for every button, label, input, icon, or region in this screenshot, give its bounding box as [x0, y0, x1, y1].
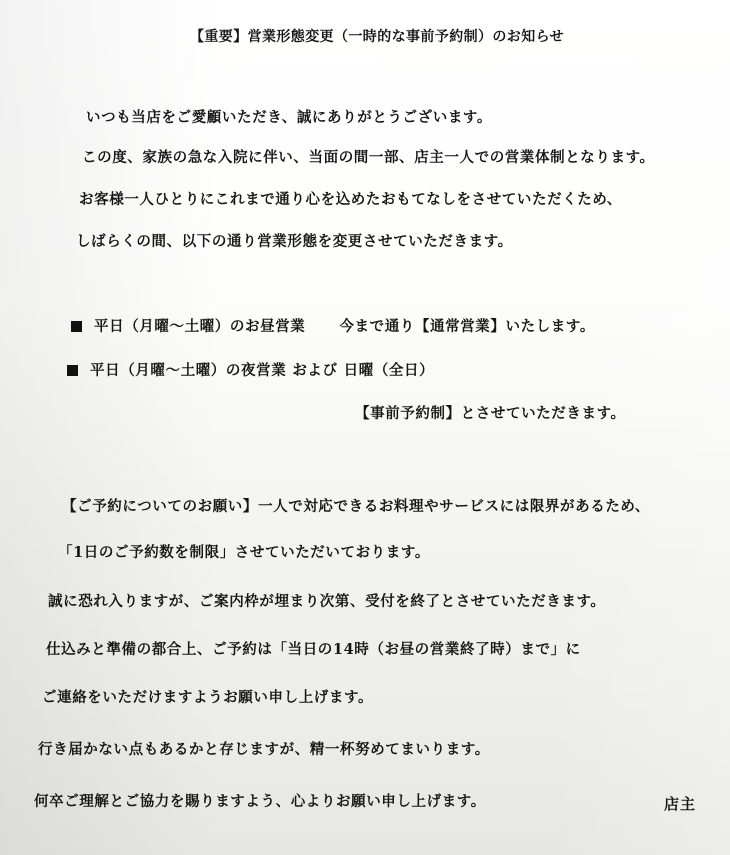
reservation-request-line-3: 誠に恐れ入りますが、ご案内枠が埋まり次第、受付を終了とさせていただきます。	[48, 592, 606, 612]
intro-line-4: しばらくの間、以下の通り営業形態を変更させていただきます。	[76, 232, 513, 252]
reservation-request-line-4: 仕込みと準備の都合上、ご予約は「当日の14時（お昼の営業終了時）まで」に	[46, 640, 581, 660]
reservation-request-heading: 【ご予約についてのお願い】	[62, 498, 258, 515]
reservation-request-line-2: 「1日のご予約数を制限」させていただいております。	[58, 543, 430, 563]
closing-line-1: 行き届かない点もあるかと存じますが、精一杯努めてまいります。	[38, 740, 490, 760]
notice-title: 【重要】営業形態変更（一時的な事前予約制）のお知らせ	[190, 27, 564, 47]
schedule-lunch-label: 平日（月曜〜土曜）のお昼営業	[94, 318, 305, 335]
closing-line-2: 何卒ご理解とご協力を賜りますよう、心よりお願い申し上げます。	[34, 792, 486, 812]
schedule-item-lunch: 平日（月曜〜土曜）のお昼営業今まで通り【通常営業】いたします。	[71, 317, 595, 337]
schedule-item-dinner: 平日（月曜〜土曜）の夜営業および日曜（全日）	[67, 361, 434, 381]
schedule-dinner-connector: および	[292, 362, 337, 379]
reservation-request-line-1: 【ご予約についてのお願い】一人で対応できるお料理やサービスには限界があるため、	[62, 497, 650, 517]
reservation-request-line-5: ご連絡をいただけますようお願い申し上げます。	[42, 688, 373, 708]
schedule-sunday-label: 日曜（全日）	[344, 362, 435, 379]
schedule-dinner-label: 平日（月曜〜土曜）の夜営業	[90, 362, 286, 379]
intro-line-2: この度、家族の急な入院に伴い、当面の間一部、店主一人での営業体制となります。	[82, 148, 655, 168]
schedule-dinner-detail: 【事前予約制】とさせていただきます。	[355, 404, 626, 424]
paper-shading	[0, 0, 730, 855]
reservation-request-text: 一人で対応できるお料理やサービスには限界があるため、	[258, 498, 650, 515]
intro-line-3: お客様一人ひとりにこれまで通り心を込めたおもてなしをさせていただくため、	[79, 190, 622, 210]
schedule-lunch-detail: 今まで通り【通常営業】いたします。	[339, 318, 595, 335]
square-bullet-icon	[67, 365, 78, 376]
signature-owner: 店主	[664, 793, 696, 814]
intro-line-1: いつも当店をご愛顧いただき、誠にありがとうございます。	[86, 108, 492, 128]
square-bullet-icon	[71, 321, 82, 332]
